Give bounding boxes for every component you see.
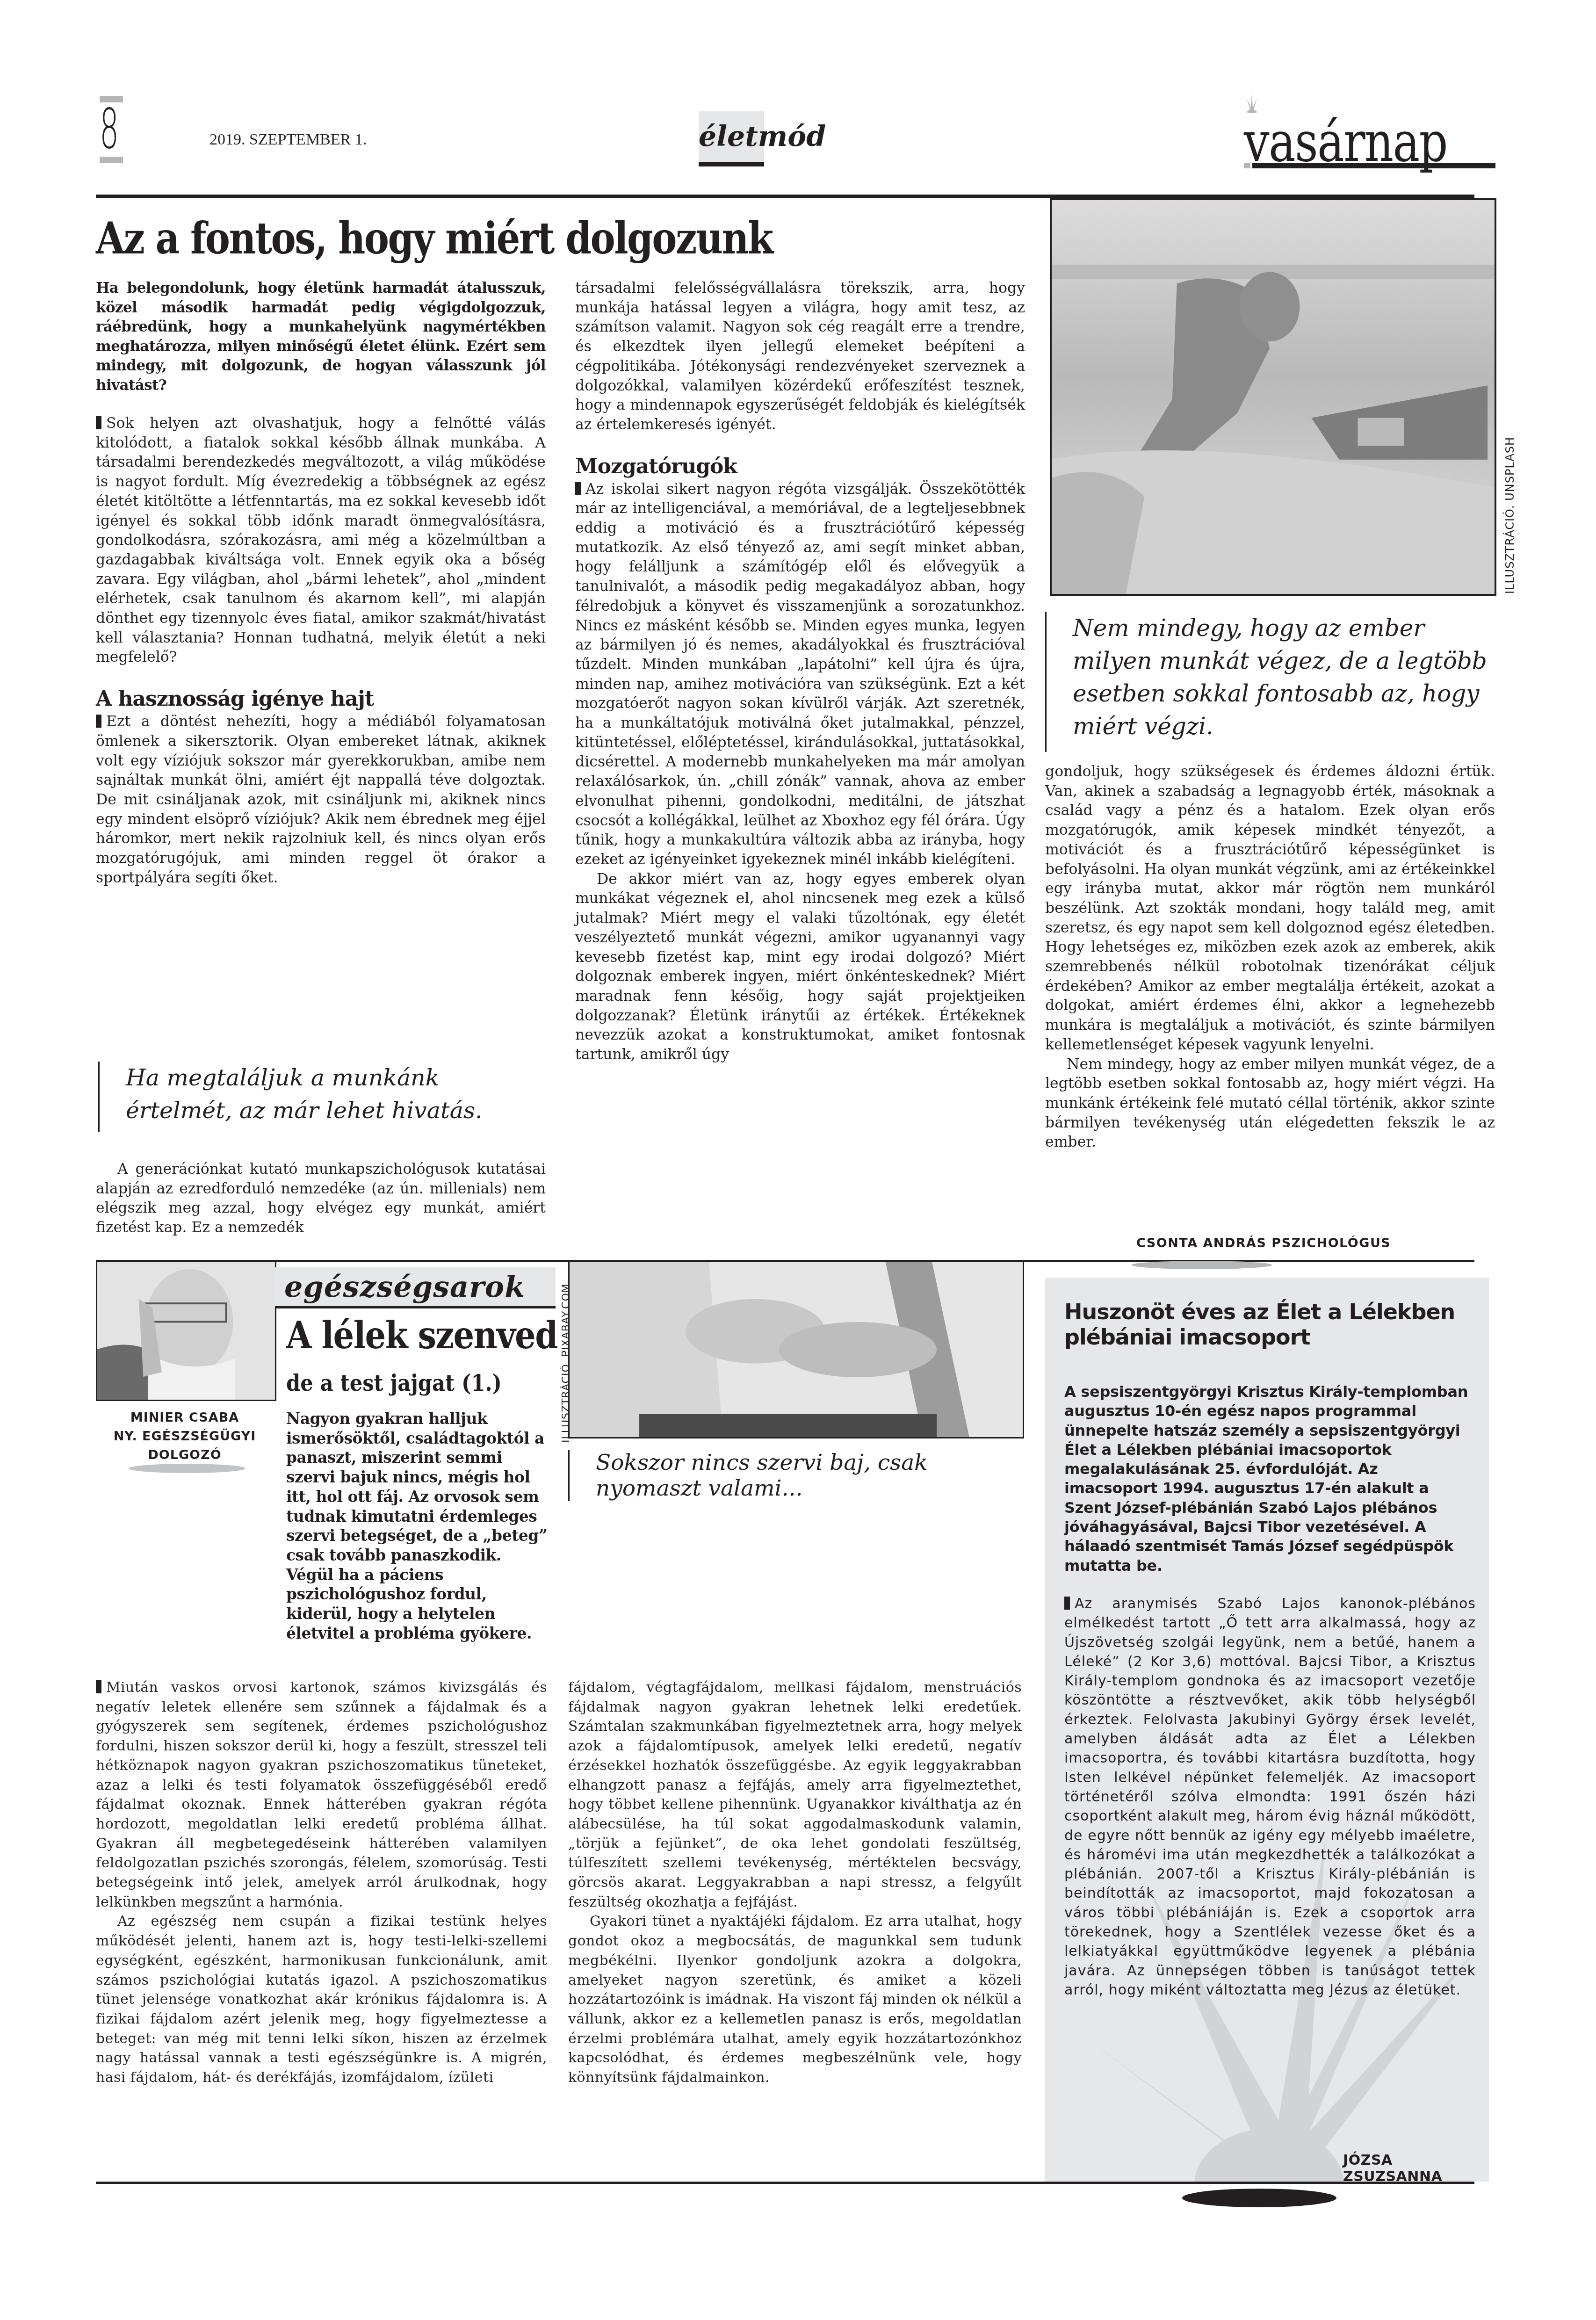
footer-divider [96, 2182, 1474, 2184]
paragraph-marker-icon [575, 482, 581, 495]
health-article-lead: Nagyon gyakran halljuk ismerősöktől, csa… [286, 1409, 553, 1643]
issue-date: 2019. SZEPTEMBER 1. [209, 131, 367, 149]
news-box-title: Huszonöt éves az Élet a Lélekben plébáni… [1064, 1299, 1476, 1350]
article-lead: Ha belegondolunk, hogy életünk harmadát … [96, 279, 546, 395]
page-number-bottom-bar [100, 157, 123, 163]
author-portrait [96, 1261, 276, 1401]
news-box: Huszonöt éves az Élet a Lélekben plébáni… [1045, 1278, 1489, 2182]
health-column-2: fájdalom, végtagfájdalom, mellkasi fájda… [568, 1678, 1022, 2088]
box-oval-decoration [1182, 2189, 1336, 2207]
article-paragraph: fájdalom, végtagfájdalom, mellkasi fájda… [568, 1678, 1022, 1912]
article-paragraph: Miután vaskos orvosi kartonok, számos ki… [96, 1678, 547, 1912]
article-column-1-continued: A generációnkat kutató munkapszichológus… [96, 1160, 546, 1238]
article-paragraph: Sok helyen azt olvashatjuk, hogy a felnő… [96, 414, 546, 667]
page-number-value: 8 [100, 105, 119, 152]
logo-rule-accent [1244, 163, 1250, 168]
publication-logo: vasárnap [1244, 94, 1496, 178]
paragraph-marker-icon [96, 1680, 101, 1693]
author-title: NY. EGÉSZSÉGÜGYI [96, 1427, 274, 1446]
article-paragraph: Az egészség nem csupán a fizikai testünk… [96, 1912, 547, 2087]
article-headline: Az a fontos, hogy miért dolgozunk [96, 213, 773, 264]
worker-wheelbarrow-image [1052, 200, 1495, 594]
news-box-content: Huszonöt éves az Élet a Lélekben plébáni… [1064, 1299, 1476, 2000]
section-label: életmód [699, 111, 764, 166]
box-oval-decoration [1132, 1261, 1272, 1269]
health-photo [568, 1261, 1024, 1438]
health-column-1: Miután vaskos orvosi kartonok, számos ki… [96, 1678, 547, 2088]
news-box-byline: JÓZSA ZSUZSANNA [1343, 2152, 1489, 2182]
author-caption: MINIER CSABA NY. EGÉSZSÉGÜGYI DOLGOZÓ [96, 1409, 274, 1465]
header-divider [96, 195, 1474, 198]
article-paragraph: De akkor miért van az, hogy egyes embere… [575, 870, 1025, 1065]
column-label: egészségsarok [275, 1267, 556, 1308]
article-byline: CSONTA ANDRÁS PSZICHOLÓGUS [1136, 1236, 1391, 1250]
paragraph-marker-icon [96, 416, 101, 429]
health-article-title: A lélek szenved [286, 1313, 557, 1357]
article-subhead: A hasznosság igénye hajt [96, 686, 546, 712]
article-paragraph: Gyakori tünet a nyaktájéki fájdalom. Ez … [568, 1912, 1022, 2087]
author-title: DOLGOZÓ [96, 1446, 274, 1465]
article-column-2: társadalmi felelősségvállalásra törekszi… [575, 279, 1025, 1065]
caption-oval-decoration [129, 1464, 246, 1473]
pull-quote: Nem mindegy, hogy az ember milyen munkát… [1045, 612, 1489, 752]
portrait-image [97, 1262, 275, 1400]
paragraph-marker-icon [96, 715, 101, 728]
paragraph-marker-icon [1064, 1597, 1070, 1610]
article-paragraph: Nem mindegy, hogy az ember milyen munkát… [1045, 1055, 1495, 1153]
photo-credit: ILLUSZTRÁCIÓ. UNSPLASH [1503, 437, 1517, 594]
pull-quote: Ha megtaláljuk a munkánk értelmét, az má… [98, 1062, 538, 1132]
photo-caption: Sokszor nincs szervi baj, csak nyomaszt … [568, 1450, 1012, 1501]
article-column-3: gondoljuk, hogy szükségesek és érdemes á… [1045, 762, 1495, 1152]
article-paragraph: társadalmi felelősségvállalásra törekszi… [575, 279, 1025, 435]
article-paragraph: Az iskolai sikert nagyon régóta vizsgálj… [575, 480, 1025, 870]
news-box-body: Az aranymisés Szabó Lajos kanonok-plébán… [1064, 1594, 1476, 2000]
article-paragraph: gondoljuk, hogy szükségesek és érdemes á… [1045, 762, 1495, 1055]
article-paragraph: Ezt a döntést nehezíti, hogy a médiából … [96, 712, 546, 888]
news-box-lead: A sepsiszentgyörgyi Krisztus Király-temp… [1064, 1382, 1476, 1576]
article-subhead: Mozgatórugók [575, 454, 1025, 480]
author-name: MINIER CSABA [96, 1409, 274, 1427]
page-number: 8 [96, 96, 124, 161]
logo-rule [1252, 163, 1495, 168]
article-photo [1050, 198, 1496, 596]
article-paragraph: A generációnkat kutató munkapszichológus… [96, 1160, 546, 1238]
stomach-pain-image [570, 1262, 1023, 1437]
article-column-1: Ha belegondolunk, hogy életünk harmadát … [96, 279, 546, 888]
health-article-subtitle: de a test jajgat (1.) [286, 1370, 502, 1396]
